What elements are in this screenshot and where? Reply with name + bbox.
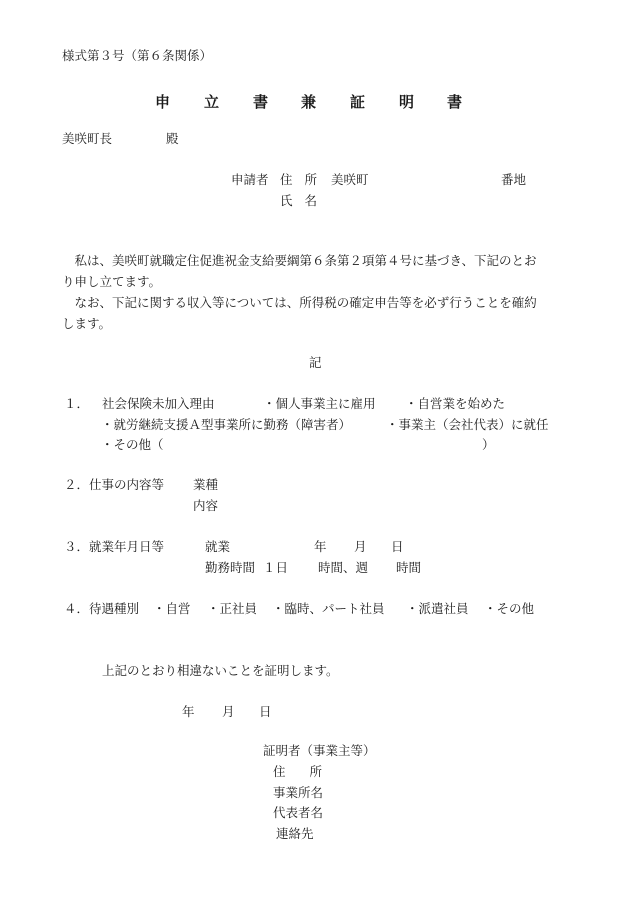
item1-option-4: ・事業主（会社代表）に就任: [386, 419, 549, 432]
item2-field-industry: 業種: [193, 479, 218, 492]
paragraph-line: なお、下記に関する収入等については、所得税の確定申告等を必ず行うことを確約: [62, 292, 572, 313]
applicant-address-suffix: 番地: [501, 174, 526, 187]
label-char: 住: [273, 764, 286, 779]
label-char: 所: [310, 764, 323, 779]
paragraph-line: 私は、美咲町就職定住促進祝金支給要綱第６条第２項第４号に基づき、下記のとお: [62, 250, 572, 271]
item3-hours: 時間: [396, 562, 421, 575]
item3-hours-label: 勤務時間: [205, 562, 255, 575]
item4-option-2: ・正社員: [207, 603, 257, 616]
item1-option-1: ・個人事業主に雇用: [263, 398, 376, 411]
title-char: 書: [253, 91, 268, 112]
contact-label: 連絡先: [276, 828, 314, 841]
declaration-paragraph: 私は、美咲町就職定住促進祝金支給要綱第６条第２項第４号に基づき、下記のとお り申…: [62, 250, 572, 334]
applicant-address-label: 住所: [280, 174, 317, 187]
item3-year: 年: [314, 541, 327, 554]
paragraph-line: します。: [62, 313, 572, 334]
cert-date-day: 日: [259, 706, 272, 719]
item3-start-label: 就業: [205, 541, 230, 554]
label-char: 名: [305, 193, 318, 208]
business-name-label: 事業所名: [273, 787, 323, 800]
item4-option-3: ・臨時、パート社員: [272, 603, 385, 616]
item1-option-5: ・その他（: [101, 439, 164, 452]
item3-hours-week: 時間、週: [318, 562, 368, 575]
title-char: 立: [204, 91, 219, 112]
label-char: 住: [280, 172, 293, 187]
paragraph-line: り申し立てます。: [62, 271, 572, 292]
form-number: 様式第３号（第６条関係）: [62, 50, 212, 63]
item4-option-5: ・その他: [484, 603, 534, 616]
certifier-label: 証明者（事業主等）: [263, 745, 376, 758]
ki-heading: 記: [309, 357, 322, 370]
addressee-honorific: 殿: [166, 133, 179, 146]
item1-number: １．: [64, 398, 89, 411]
applicant-address-prefix: 美咲町: [331, 174, 369, 187]
item1-label: 社会保険未加入理由: [102, 398, 215, 411]
item1-option-2: ・自営業を始めた: [405, 398, 505, 411]
item2-label: ２．仕事の内容等: [64, 479, 164, 492]
item3-per-day: １日: [263, 562, 288, 575]
title-char: 書: [447, 91, 462, 112]
title-char: 兼: [301, 91, 316, 112]
item4-label: ４．待遇種別: [64, 603, 139, 616]
item1-close-paren: ）: [482, 439, 495, 452]
title-char: 証: [350, 91, 365, 112]
addressee-name: 美咲町長: [62, 133, 112, 146]
certifier-address-label: 住所: [273, 766, 322, 779]
title-char: 申: [155, 91, 170, 112]
certification-statement: 上記のとおり相違ないことを証明します。: [102, 665, 339, 678]
cert-date-month: 月: [222, 706, 235, 719]
item4-option-4: ・派遣社員: [406, 603, 469, 616]
applicant-label: 申請者: [231, 174, 269, 187]
applicant-name-label: 氏名: [280, 195, 317, 208]
cert-date-year: 年: [182, 706, 195, 719]
label-char: 氏: [280, 193, 293, 208]
title-char: 明: [399, 91, 414, 112]
representative-label: 代表者名: [273, 807, 323, 820]
item3-label: ３．就業年月日等: [64, 541, 164, 554]
item2-field-content: 内容: [193, 500, 218, 513]
item3-month: 月: [354, 541, 367, 554]
item4-option-1: ・自営: [153, 603, 191, 616]
item1-option-3: ・就労継続支援Ａ型事業所に勤務（障害者）: [101, 419, 351, 432]
item3-day: 日: [391, 541, 404, 554]
label-char: 所: [305, 172, 318, 187]
